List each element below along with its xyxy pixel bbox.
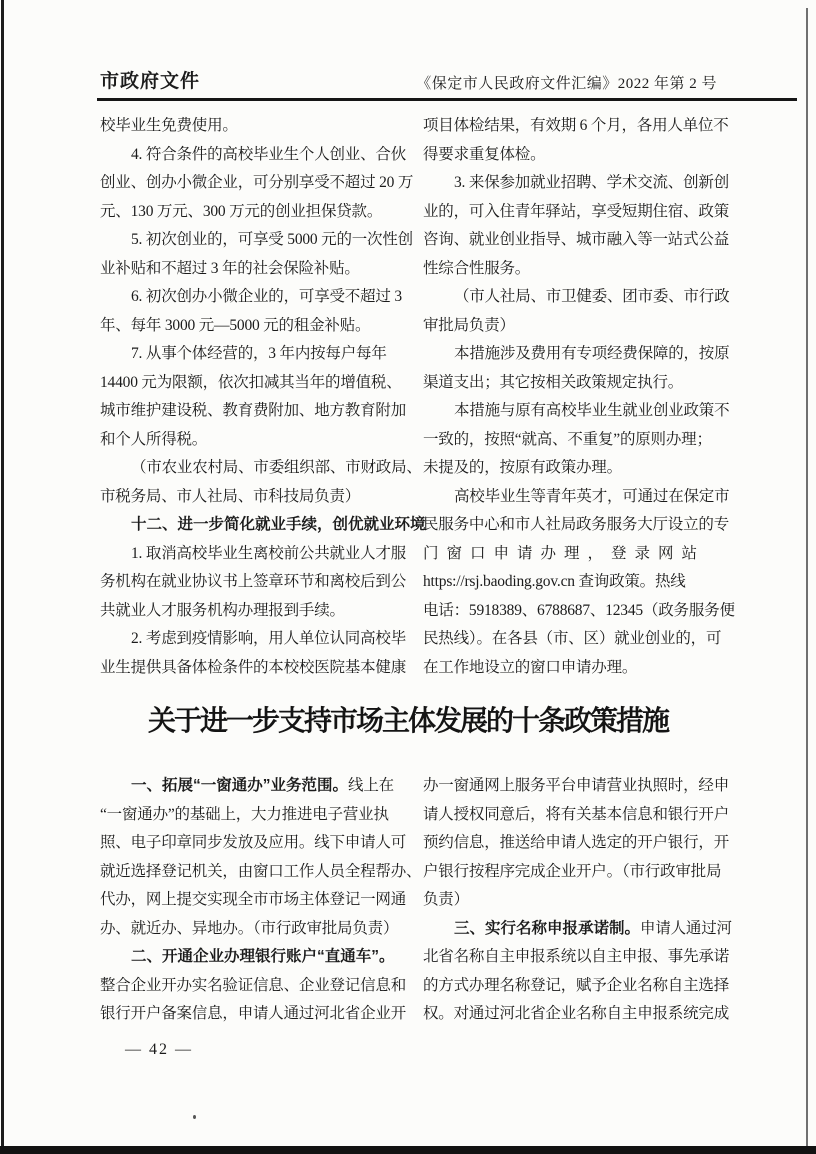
text-line: 请人授权同意后，将有关基本信息和银行开户 bbox=[423, 801, 715, 830]
text-line: 在工作地设立的窗口申请办理。 bbox=[423, 654, 715, 683]
policy-item-1-heading: 一、拓展“一窗通办”业务范围。线上在 bbox=[100, 772, 400, 801]
upper-left-column: 校毕业生免费使用。 4. 符合条件的高校毕业生个人创业、合伙 创业、创办小微企业… bbox=[100, 112, 400, 682]
scan-edge-bottom bbox=[0, 1146, 816, 1154]
policy-body-text: 申请人通过河 bbox=[640, 920, 732, 937]
policy-item-2-heading: 二、开通企业办理银行账户“直通车”。 bbox=[100, 943, 400, 972]
page-number: — 42 — bbox=[125, 1041, 193, 1059]
text-line: 就近选择登记机关，由窗口工作人员全程帮办、 bbox=[100, 858, 400, 887]
section-heading-text: 十二、进一步简化就业手续，创优就业环境 bbox=[131, 516, 426, 533]
text-line: 1. 取消高校毕业生离校前公共就业人才服 bbox=[100, 540, 400, 569]
text-line: 7. 从事个体经营的，3 年内按每户每年 bbox=[100, 340, 400, 369]
text-line: （市人社局、市卫健委、团市委、市行政 bbox=[423, 283, 715, 312]
text-line: 城市维护建设税、教育费附加、地方教育附加 bbox=[100, 397, 400, 426]
policy-item-3-heading: 三、实行名称申报承诺制。申请人通过河 bbox=[423, 915, 715, 944]
text-line: 市税务局、市人社局、市科技局负责） bbox=[100, 483, 400, 512]
scan-edge-left bbox=[1, 0, 4, 1154]
text-line: 办、就近办、异地办。（市行政审批局负责） bbox=[100, 915, 400, 944]
policy-body-text: 线上在 bbox=[348, 777, 394, 794]
text-line: 业补贴和不超过 3 年的社会保险补贴。 bbox=[100, 255, 400, 284]
text-line: 银行开户备案信息，申请人通过河北省企业开 bbox=[100, 1000, 400, 1029]
text-line: 务机构在就业协议书上签章环节和离校后到公 bbox=[100, 568, 400, 597]
text-line: 审批局负责） bbox=[423, 312, 715, 341]
policy-heading-text: 三、实行名称申报承诺制。 bbox=[454, 920, 640, 937]
text-line: 校毕业生免费使用。 bbox=[100, 112, 400, 141]
text-line: 未提及的，按原有政策办理。 bbox=[423, 454, 715, 483]
text-line: 元、130 万元、300 万元的创业担保贷款。 bbox=[100, 198, 400, 227]
text-line: 高校毕业生等青年英才，可通过在保定市 bbox=[423, 483, 715, 512]
text-line: 5. 初次创业的，可享受 5000 元的一次性创 bbox=[100, 226, 400, 255]
text-line: 4. 符合条件的高校毕业生个人创业、合伙 bbox=[100, 141, 400, 170]
text-line: 和个人所得税。 bbox=[100, 426, 400, 455]
lower-left-column: 一、拓展“一窗通办”业务范围。线上在 “一窗通办”的基础上，大力推进电子营业执 … bbox=[100, 772, 400, 1029]
text-line: 年、每年 3000 元—5000 元的租金补贴。 bbox=[100, 312, 400, 341]
text-line-justified: 门窗口申请办理，登录网站 bbox=[423, 540, 715, 569]
text-line: 民热线）。在各县（市、区）就业创业的，可 bbox=[423, 625, 715, 654]
text-line: 6. 初次创办小微企业的，可享受不超过 3 bbox=[100, 283, 400, 312]
text-line: 整合企业开办实名验证信息、企业登记信息和 bbox=[100, 972, 400, 1001]
text-line-hotline: 电话：5918389、6788687、12345（政务服务便 bbox=[423, 597, 715, 626]
text-line: 一致的，按照“就高、不重复”的原则办理； bbox=[423, 426, 715, 455]
text-line: 共就业人才服务机构办理报到手续。 bbox=[100, 597, 400, 626]
lower-right-column: 办一窗通网上服务平台申请营业执照时，经申 请人授权同意后，将有关基本信息和银行开… bbox=[423, 772, 715, 1029]
document-page: 市政府文件 《保定市人民政府文件汇编》2022 年第 2 号 校毕业生免费使用。… bbox=[0, 0, 816, 1154]
text-line: 项目体检结果，有效期 6 个月，各用人单位不 bbox=[423, 112, 715, 141]
text-line: 民服务中心和市人社局政务服务大厅设立的专 bbox=[423, 511, 715, 540]
text-line: 得要求重复体检。 bbox=[423, 141, 715, 170]
text-line: 负责） bbox=[423, 886, 715, 915]
upper-right-column: 项目体检结果，有效期 6 个月，各用人单位不 得要求重复体检。 3. 来保参加就… bbox=[423, 112, 715, 682]
text-line: 渠道支出；其它按相关政策规定执行。 bbox=[423, 369, 715, 398]
text-line: 办一窗通网上服务平台申请营业执照时，经申 bbox=[423, 772, 715, 801]
header-section-label: 市政府文件 bbox=[100, 66, 200, 93]
text-line: 代办，网上提交实现全市市场主体登记一网通 bbox=[100, 886, 400, 915]
policy-heading-text: 一、拓展“一窗通办”业务范围。 bbox=[131, 777, 348, 794]
text-line: 业的，可入住青年驿站，享受短期住宿、政策 bbox=[423, 198, 715, 227]
text-line: 权。对通过河北省企业名称自主申报系统完成 bbox=[423, 1000, 715, 1029]
text-line: “一窗通办”的基础上，大力推进电子营业执 bbox=[100, 801, 400, 830]
text-line: 的方式办理名称登记，赋予企业名称自主选择 bbox=[423, 972, 715, 1001]
text-line: 预约信息，推送给申请人选定的开户银行，开 bbox=[423, 829, 715, 858]
text-line: 北省名称自主申报系统以自主申报、事先承诺 bbox=[423, 943, 715, 972]
text-line: 2. 考虑到疫情影响，用人单位认同高校毕 bbox=[100, 625, 400, 654]
scan-edge-right bbox=[806, 8, 808, 1148]
header-compilation-title: 《保定市人民政府文件汇编》2022 年第 2 号 bbox=[416, 72, 717, 93]
text-line: 咨询、就业创业指导、城市融入等一站式公益 bbox=[423, 226, 715, 255]
text-line: 本措施与原有高校毕业生就业创业政策不 bbox=[423, 397, 715, 426]
header-rule bbox=[97, 98, 797, 101]
text-line: 14400 元为限额，依次扣减其当年的增值税、 bbox=[100, 369, 400, 398]
text-line: 本措施涉及费用有专项经费保障的，按原 bbox=[423, 340, 715, 369]
text-line: （市农业农村局、市委组织部、市财政局、 bbox=[100, 454, 400, 483]
text-line-url: https://rsj.baoding.gov.cn 查询政策。热线 bbox=[423, 568, 715, 597]
document-title: 关于进一步支持市场主体发展的十条政策措施 bbox=[100, 700, 716, 744]
policy-heading-text: 二、开通企业办理银行账户“直通车”。 bbox=[131, 948, 395, 965]
text-line: 照、电子印章同步发放及应用。线下申请人可 bbox=[100, 829, 400, 858]
section-heading-12: 十二、进一步简化就业手续，创优就业环境 bbox=[100, 511, 400, 540]
text-line: 3. 来保参加就业招聘、学术交流、创新创 bbox=[423, 169, 715, 198]
scan-speck bbox=[193, 1115, 196, 1119]
text-line: 户银行按程序完成企业开户。（市行政审批局 bbox=[423, 858, 715, 887]
text-line: 创业、创办小微企业，可分别享受不超过 20 万 bbox=[100, 169, 400, 198]
text-line: 性综合性服务。 bbox=[423, 255, 715, 284]
text-line: 业生提供具备体检条件的本校校医院基本健康 bbox=[100, 654, 400, 683]
